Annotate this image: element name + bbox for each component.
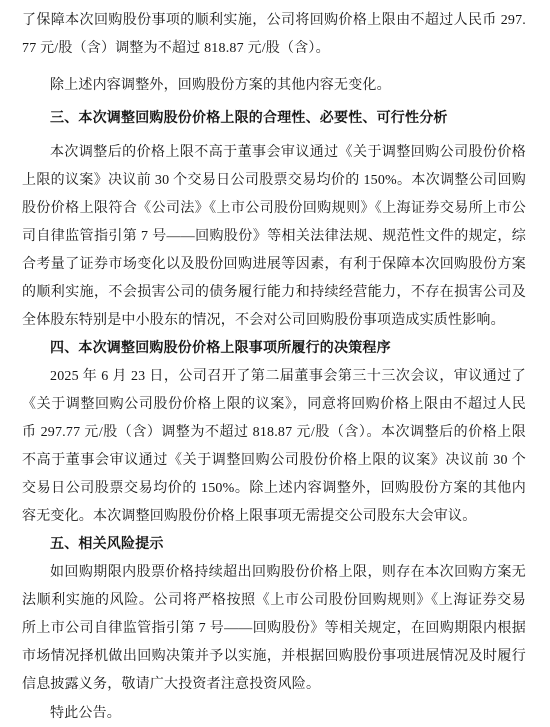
paragraph: 本次调整后的价格上限不高于董事会审议通过《关于调整回购公司股份价格上限的议案》决… [22, 139, 526, 335]
section-heading: 五、相关风险提示 [22, 531, 526, 559]
paragraph: 了保障本次回购股份事项的顺利实施，公司将回购价格上限由不超过人民币 297.77… [22, 7, 526, 63]
paragraph: 特此公告。 [22, 700, 526, 727]
paragraph: 除上述内容调整外，回购股份方案的其他内容无变化。 [22, 72, 526, 100]
paragraph: 2025 年 6 月 23 日，公司召开了第二届董事会第三十三次会议，审议通过了… [22, 363, 526, 531]
paragraph: 如回购期限内股票价格持续超出回购股份价格上限，则存在本次回购方案无法顺利实施的风… [22, 559, 526, 699]
announcement-page: 了保障本次回购股份事项的顺利实施，公司将回购价格上限由不超过人民币 297.77… [0, 0, 550, 727]
section-heading: 三、本次调整回购股份价格上限的合理性、必要性、可行性分析 [22, 105, 526, 133]
section-heading: 四、本次调整回购股份价格上限事项所履行的决策程序 [22, 335, 526, 363]
document-body: 了保障本次回购股份事项的顺利实施，公司将回购价格上限由不超过人民币 297.77… [22, 7, 526, 727]
